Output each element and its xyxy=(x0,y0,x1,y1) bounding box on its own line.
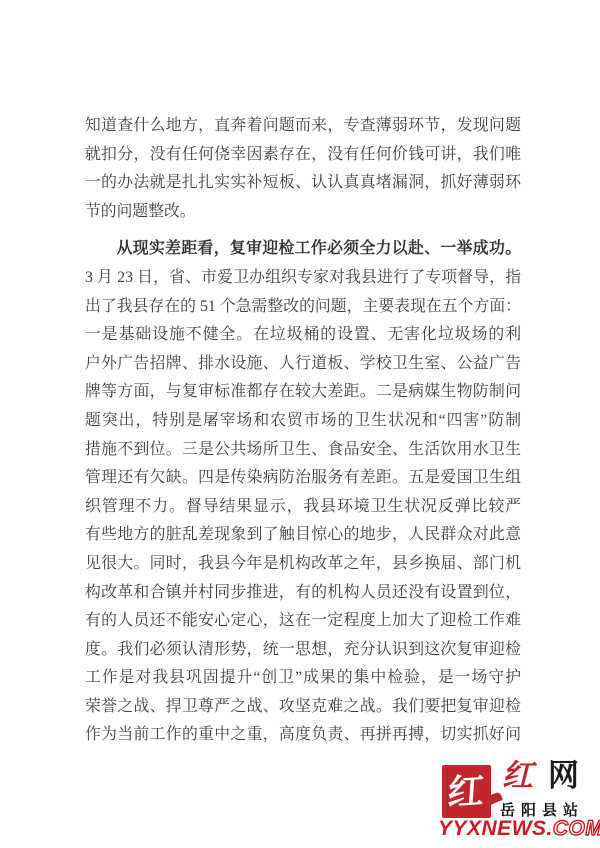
rednet-emblem-icon: 红 xyxy=(442,765,491,818)
website-url: YYXNEWS.COM xyxy=(438,817,600,841)
brand-char-wang: 网 xyxy=(548,758,594,793)
document-line: 工作是对我县巩固提升“创卫”成果的集中检验，是一场守护 xyxy=(85,664,521,693)
document-line: 构改革和合镇并村同步推进，有的机构人员还没有设置到位， xyxy=(85,579,521,608)
document-line: 牌等方面，与复审标准都存在较大差距。二是病媒生物防制问 xyxy=(85,378,521,407)
document-body: 知道查什么地方，直奔着问题而来，专查薄弱环节，发现问题就扣分，没有任何侥幸因素存… xyxy=(85,112,521,750)
url-main-part: YYXNEWS. xyxy=(438,817,553,840)
document-line: 一是基础设施不健全。在垃圾桶的设置、无害化垃圾场的利用、 xyxy=(85,321,521,350)
document-line: 见很大。同时，我县今年是机构改革之年，县乡换届、部门机 xyxy=(85,550,521,579)
document-line: 有些地方的脏乱差现象到了触目惊心的地步，人民群众对此意 xyxy=(85,521,521,550)
url-tld-part: COM xyxy=(553,817,600,840)
document-line: 一的办法就是扎扎实实补短板、认认真真堵漏洞，抓好薄弱环 xyxy=(85,169,521,198)
document-line: 3 月 23 日，省、市爱卫办组织专家对我县进行了专项督导，指 xyxy=(85,264,521,293)
document-line: 题突出，特别是屠宰场和农贸市场的卫生状况和“四害”防制 xyxy=(85,407,521,436)
document-line: 度。我们必须认清形势，统一思想，充分认识到这次复审迎检 xyxy=(85,636,521,665)
document-line: 有的人员还不能安心定心，这在一定程度上加大了迎检工作难 xyxy=(85,607,521,636)
document-line: 从现实差距看，复审迎检工作必须全力以赴、一举成功。 xyxy=(85,235,521,264)
document-line: 管理还有欠缺。四是传染病防治服务有差距。五是爱国卫生组 xyxy=(85,464,521,493)
document-line: 户外广告招牌、排水设施、人行道板、学校卫生室、公益广告 xyxy=(85,350,521,379)
document-line: 节的问题整改。 xyxy=(85,198,521,227)
document-line: 作为当前工作的重中之重，高度负责、再拼再搏，切实抓好问 xyxy=(85,721,521,750)
rednet-logo: 红 红网 岳阳县站 YYXNEWS.COM xyxy=(438,757,598,845)
document-line: 出了我县存在的 51 个急需整改的问题，主要表现在五个方面： xyxy=(85,293,521,322)
rednet-brand-name: 红网 xyxy=(502,759,594,793)
document-line: 织管理不力。督导结果显示，我县环境卫生状况反弹比较严重， xyxy=(85,493,521,522)
document-line: 措施不到位。三是公共场所卫生、食品安全、生活饮用水卫生 xyxy=(85,436,521,465)
document-line: 荣誉之战、捍卫尊严之战、攻坚克难之战。我们要把复审迎检 xyxy=(85,693,521,722)
document-line: 就扣分，没有任何侥幸因素存在，没有任何价钱可讲，我们唯 xyxy=(85,141,521,170)
brand-char-hong: 红 xyxy=(502,758,548,793)
emblem-character: 红 xyxy=(447,772,486,810)
document-line: 知道查什么地方，直奔着问题而来，专查薄弱环节，发现问题 xyxy=(85,112,521,141)
